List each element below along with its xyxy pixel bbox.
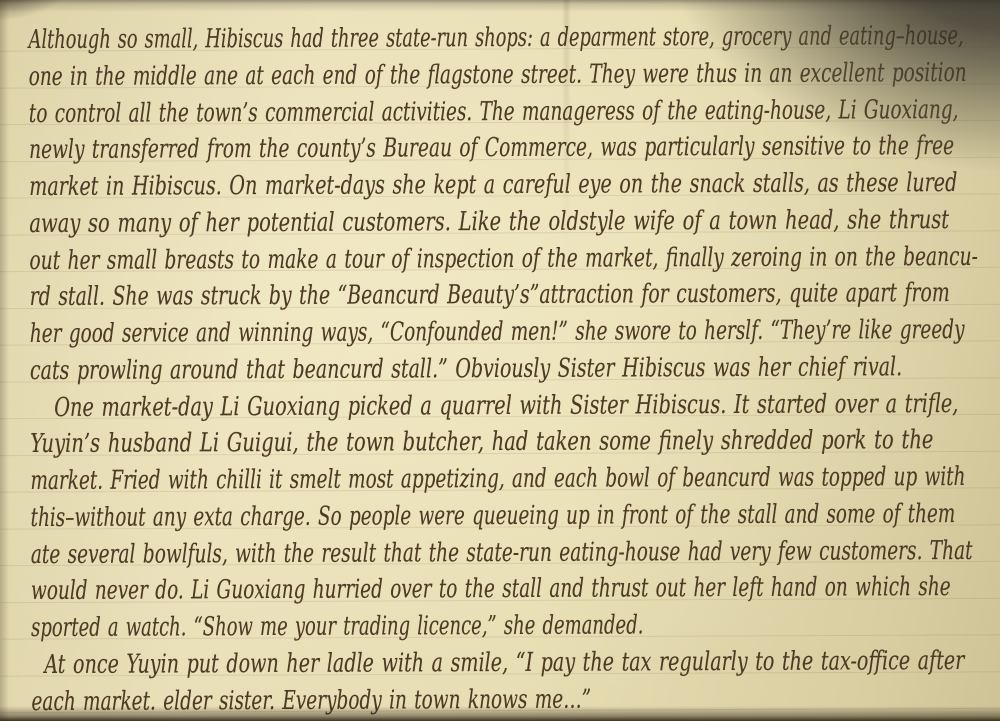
text-line-content: to control all the town’s commercial act… [29, 91, 959, 132]
text-line-content: away so many of her potential customers.… [29, 202, 949, 243]
text-line: would never do. Li Guoxiang hurried over… [31, 569, 971, 610]
text-line-content: her good service and winning ways, “Conf… [30, 312, 965, 353]
text-line: At once Yuyin put down her ladle with a … [31, 643, 971, 684]
text-line: cats prowling around that beancurd stall… [30, 349, 970, 390]
text-line: market in Hibiscus. On market-days she k… [29, 165, 969, 206]
text-line: each market. elder sister. Everybody in … [31, 679, 971, 720]
text-line-content: newly transferred from the county’s Bure… [29, 128, 954, 169]
text-line-content: this–without any exta charge. So people … [31, 496, 956, 537]
text-line-content: one in the middle ane at each end of the… [29, 55, 967, 96]
text-line-content: sported a watch. “Show me your trading l… [31, 607, 643, 646]
text-line-content: would never do. Li Guoxiang hurried over… [31, 569, 951, 610]
text-line-content: Although so small, Hibiscus had three st… [28, 18, 963, 59]
text-line-content: each market. elder sister. Everybody in … [31, 681, 591, 720]
text-line-content: ate several bowlfuls, with the result th… [31, 532, 973, 573]
text-line-content: rd stall. She was struck by the “Beancur… [30, 275, 950, 316]
text-line-content: At once Yuyin put down her ladle with a … [44, 643, 964, 684]
text-line: her good service and winning ways, “Conf… [30, 312, 970, 353]
text-line: this–without any exta charge. So people … [31, 496, 971, 537]
text-line: One market-day Li Guoxiang picked a quar… [30, 385, 970, 426]
text-line: Yuyin’s husband Li Guigui, the town butc… [30, 422, 970, 463]
text-line: market. Fried with chilli it smelt most … [30, 459, 970, 500]
text-line: out her small breasts to make a tour of … [29, 238, 969, 279]
text-line-content: out her small breasts to make a tour of … [29, 238, 977, 279]
text-line: away so many of her potential customers.… [29, 202, 969, 243]
text-line-content: One market-day Li Guoxiang picked a quar… [54, 386, 958, 427]
text-line: ate several bowlfuls, with the result th… [31, 532, 971, 573]
text-line: Although so small, Hibiscus had three st… [28, 18, 968, 59]
text-line: rd stall. She was struck by the “Beancur… [30, 275, 970, 316]
text-line: one in the middle ane at each end of the… [29, 55, 969, 96]
photographed-book-page: Although so small, Hibiscus had three st… [0, 0, 1000, 721]
text-line: sported a watch. “Show me your trading l… [31, 606, 971, 647]
text-line-content: cats prowling around that beancurd stall… [30, 349, 902, 390]
text-line-content: Yuyin’s husband Li Guigui, the town butc… [30, 422, 933, 463]
text-line: to control all the town’s commercial act… [29, 91, 969, 132]
text-line: newly transferred from the county’s Bure… [29, 128, 969, 169]
text-line-content: market in Hibiscus. On market-days she k… [29, 165, 957, 206]
text-line-content: market. Fried with chilli it smelt most … [30, 459, 965, 500]
page-text: Although so small, Hibiscus had three st… [28, 18, 971, 720]
